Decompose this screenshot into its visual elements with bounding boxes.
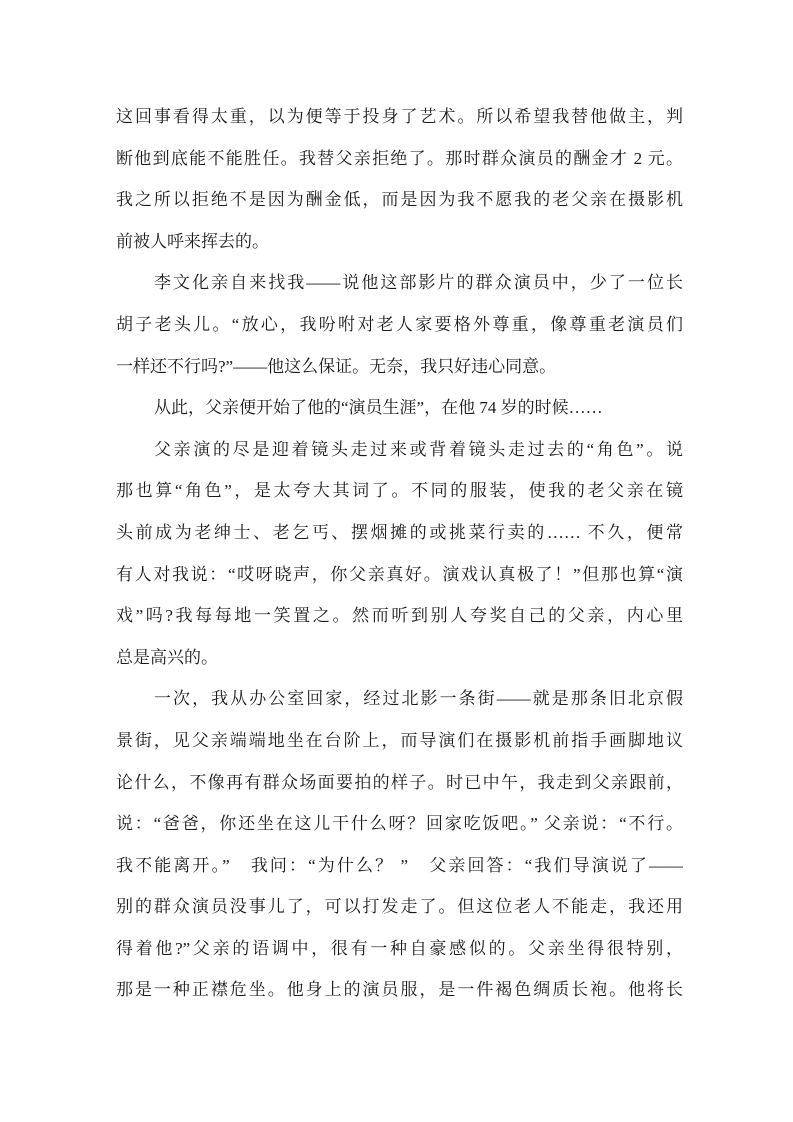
text-line: 这回事看得太重，以为便等于投身了艺术。所以希望我替他做主，判 <box>116 96 683 138</box>
text-line: 一次，我从办公室回家，经过北影一条街——就是那条旧北京假 <box>116 678 683 720</box>
text-line: 胡子老头儿。“放心，我吩咐对老人家要格外尊重，像尊重老演员们 <box>116 304 683 346</box>
text-line: 论什么，不像再有群众场面要拍的样子。时已中午，我走到父亲跟前， <box>116 762 683 804</box>
text-line: 那是一种正襟危坐。他身上的演员服，是一件褐色绸质长袍。他将长 <box>116 969 683 1011</box>
text-line: 一样还不行吗?”——他这么保证。无奈，我只好违心同意。 <box>116 346 683 388</box>
text-line: 我不能离开。” 我问：“为什么？ ” 父亲回答：“我们导演说了—— <box>116 845 683 887</box>
text-line: 前被人呼来挥去的。 <box>116 221 683 263</box>
text-line: 断他到底能不能胜任。我替父亲拒绝了。那时群众演员的酬金才 2 元。 <box>116 138 683 180</box>
text-line: 父亲演的尽是迎着镜头走过来或背着镜头走过去的“角色”。说 <box>116 429 683 471</box>
text-line: 那也算“角色”，是太夸大其词了。不同的服装，使我的老父亲在镜 <box>116 470 683 512</box>
text-line: 从此，父亲便开始了他的“演员生涯”，在他 74 岁的时候…… <box>116 387 683 429</box>
text-line: 景街，见父亲端端地坐在台阶上，而导演们在摄影机前指手画脚地议 <box>116 720 683 762</box>
text-line: 我之所以拒绝不是因为酬金低，而是因为我不愿我的老父亲在摄影机 <box>116 179 683 221</box>
document-text: 这回事看得太重，以为便等于投身了艺术。所以希望我替他做主，判断他到底能不能胜任。… <box>116 96 683 1011</box>
text-line: 说：“爸爸，你还坐在这儿干什么呀？回家吃饭吧。” 父亲说：“不行。 <box>116 803 683 845</box>
text-line: 头前成为老绅士、老乞丐、摆烟摊的或挑菜行卖的…… 不久，便常 <box>116 512 683 554</box>
text-line: 有人对我说：“哎呀晓声，你父亲真好。演戏认真极了！”但那也算“演 <box>116 554 683 596</box>
text-line: 得着他?”父亲的语调中，很有一种自豪感似的。父亲坐得很特别， <box>116 928 683 970</box>
text-line: 戏”吗?我每每地一笑置之。然而听到别人夸奖自己的父亲，内心里 <box>116 595 683 637</box>
document-page: 这回事看得太重，以为便等于投身了艺术。所以希望我替他做主，判断他到底能不能胜任。… <box>0 0 793 1122</box>
text-line: 总是高兴的。 <box>116 637 683 679</box>
text-line: 李文化亲自来找我——说他这部影片的群众演员中，少了一位长 <box>116 262 683 304</box>
text-line: 别的群众演员没事儿了，可以打发走了。但这位老人不能走，我还用 <box>116 886 683 928</box>
